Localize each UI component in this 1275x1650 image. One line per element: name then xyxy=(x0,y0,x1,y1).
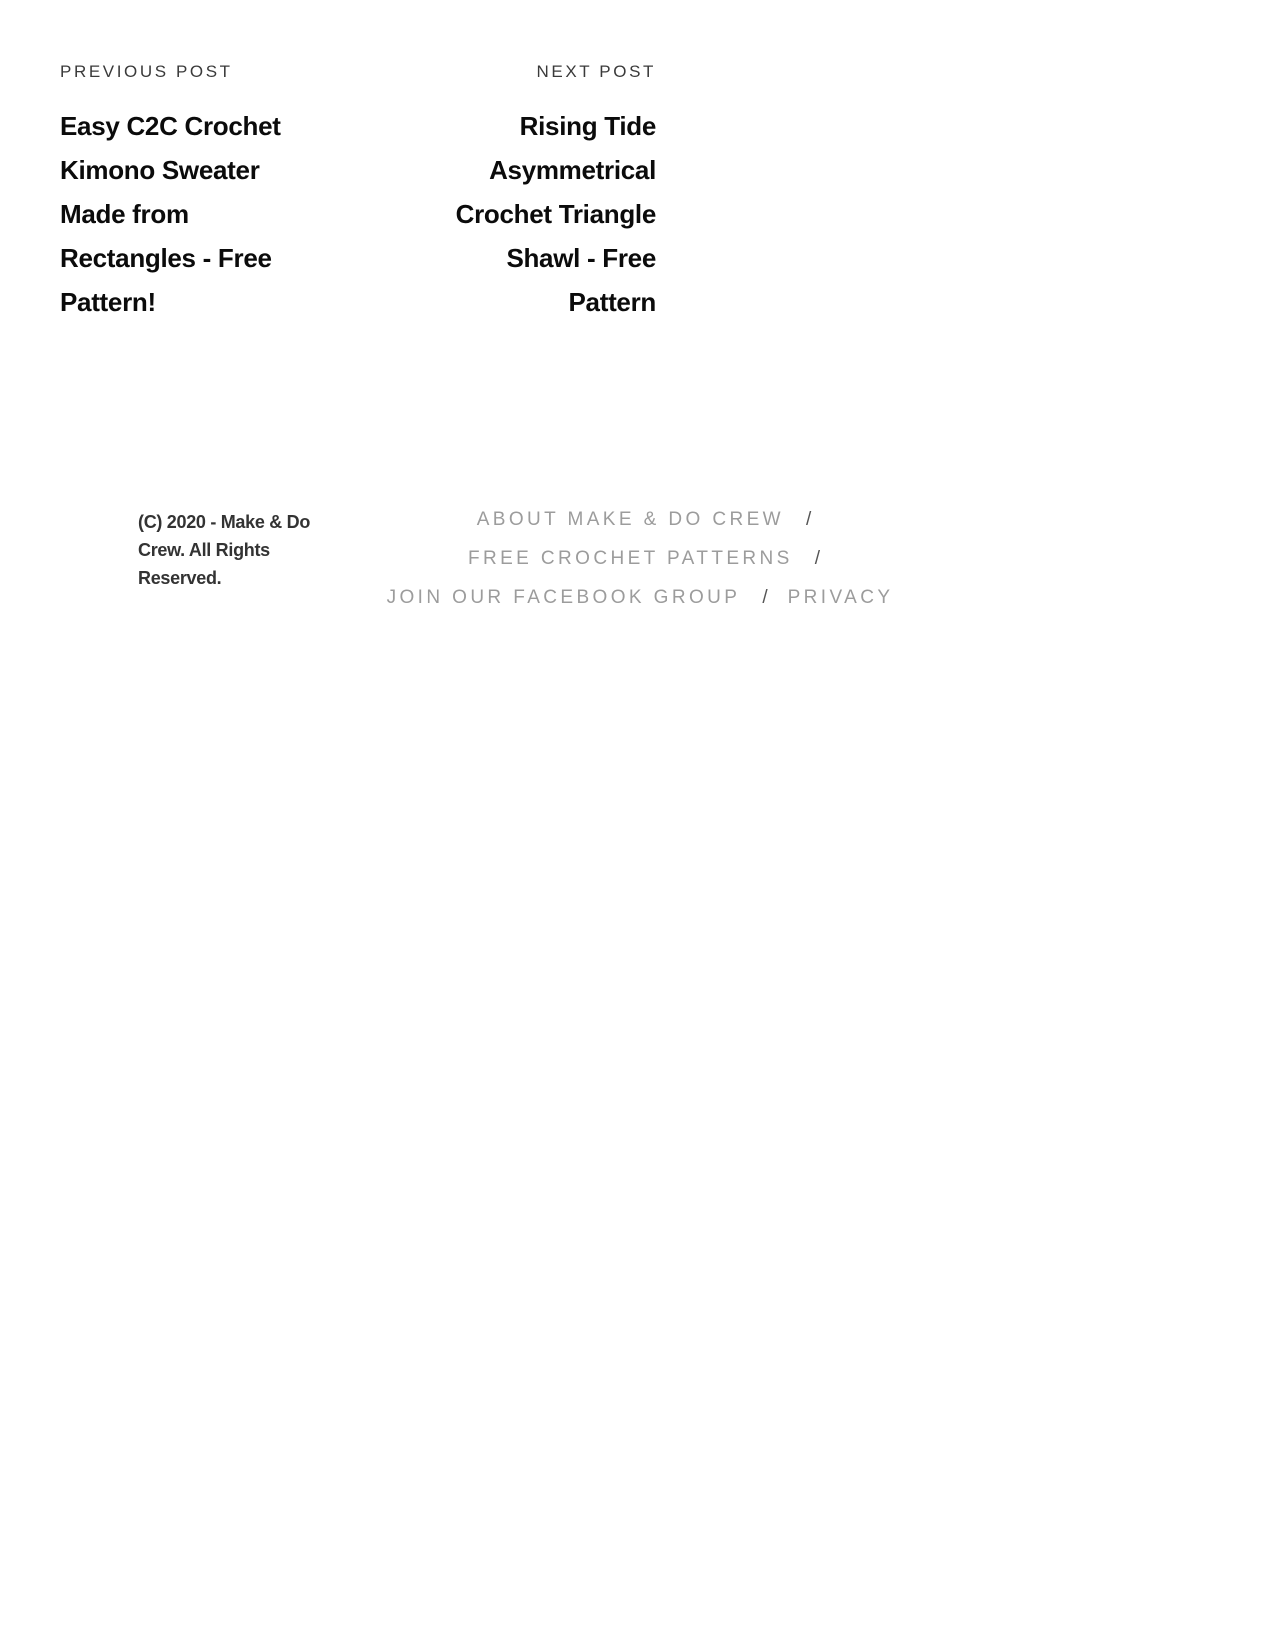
footer-copyright: (C) 2020 - Make & Do Crew. All Rights Re… xyxy=(138,508,348,592)
next-post: NEXT POST Rising Tide Asymmetrical Croch… xyxy=(396,58,656,324)
title-line: Rising Tide xyxy=(396,104,656,148)
title-line: Asymmetrical xyxy=(396,148,656,192)
footer-link-free-crochet-patterns[interactable]: FREE CROCHET PATTERNS xyxy=(468,548,793,569)
footer-menu: ABOUT MAKE & DO CREW/ FREE CROCHET PATTE… xyxy=(380,500,900,617)
next-post-link[interactable]: Rising Tide Asymmetrical Crochet Triangl… xyxy=(396,104,656,324)
previous-post-label: PREVIOUS POST xyxy=(60,58,320,86)
menu-separator: / xyxy=(815,548,820,569)
menu-separator: / xyxy=(806,509,811,530)
title-line: Easy C2C Crochet xyxy=(60,104,320,148)
footer-link-about[interactable]: ABOUT MAKE & DO CREW xyxy=(477,509,784,530)
copyright-line: Crew. All Rights xyxy=(138,536,348,564)
previous-post-link[interactable]: Easy C2C Crochet Kimono Sweater Made fro… xyxy=(60,104,320,324)
title-line: Kimono Sweater xyxy=(60,148,320,192)
title-line: Made from xyxy=(60,192,320,236)
copyright-line: (C) 2020 - Make & Do xyxy=(138,508,348,536)
footer-link-facebook-group[interactable]: JOIN OUR FACEBOOK GROUP xyxy=(387,587,741,608)
next-post-label: NEXT POST xyxy=(396,58,656,86)
title-line: Pattern! xyxy=(60,280,320,324)
menu-separator: / xyxy=(762,587,767,608)
previous-post: PREVIOUS POST Easy C2C Crochet Kimono Sw… xyxy=(60,58,320,324)
title-line: Shawl - Free xyxy=(396,236,656,280)
footer-link-privacy[interactable]: PRIVACY xyxy=(788,587,894,608)
copyright-line: Reserved. xyxy=(138,564,348,592)
post-navigation: PREVIOUS POST Easy C2C Crochet Kimono Sw… xyxy=(60,58,656,324)
title-line: Crochet Triangle xyxy=(396,192,656,236)
title-line: Pattern xyxy=(396,280,656,324)
title-line: Rectangles - Free xyxy=(60,236,320,280)
